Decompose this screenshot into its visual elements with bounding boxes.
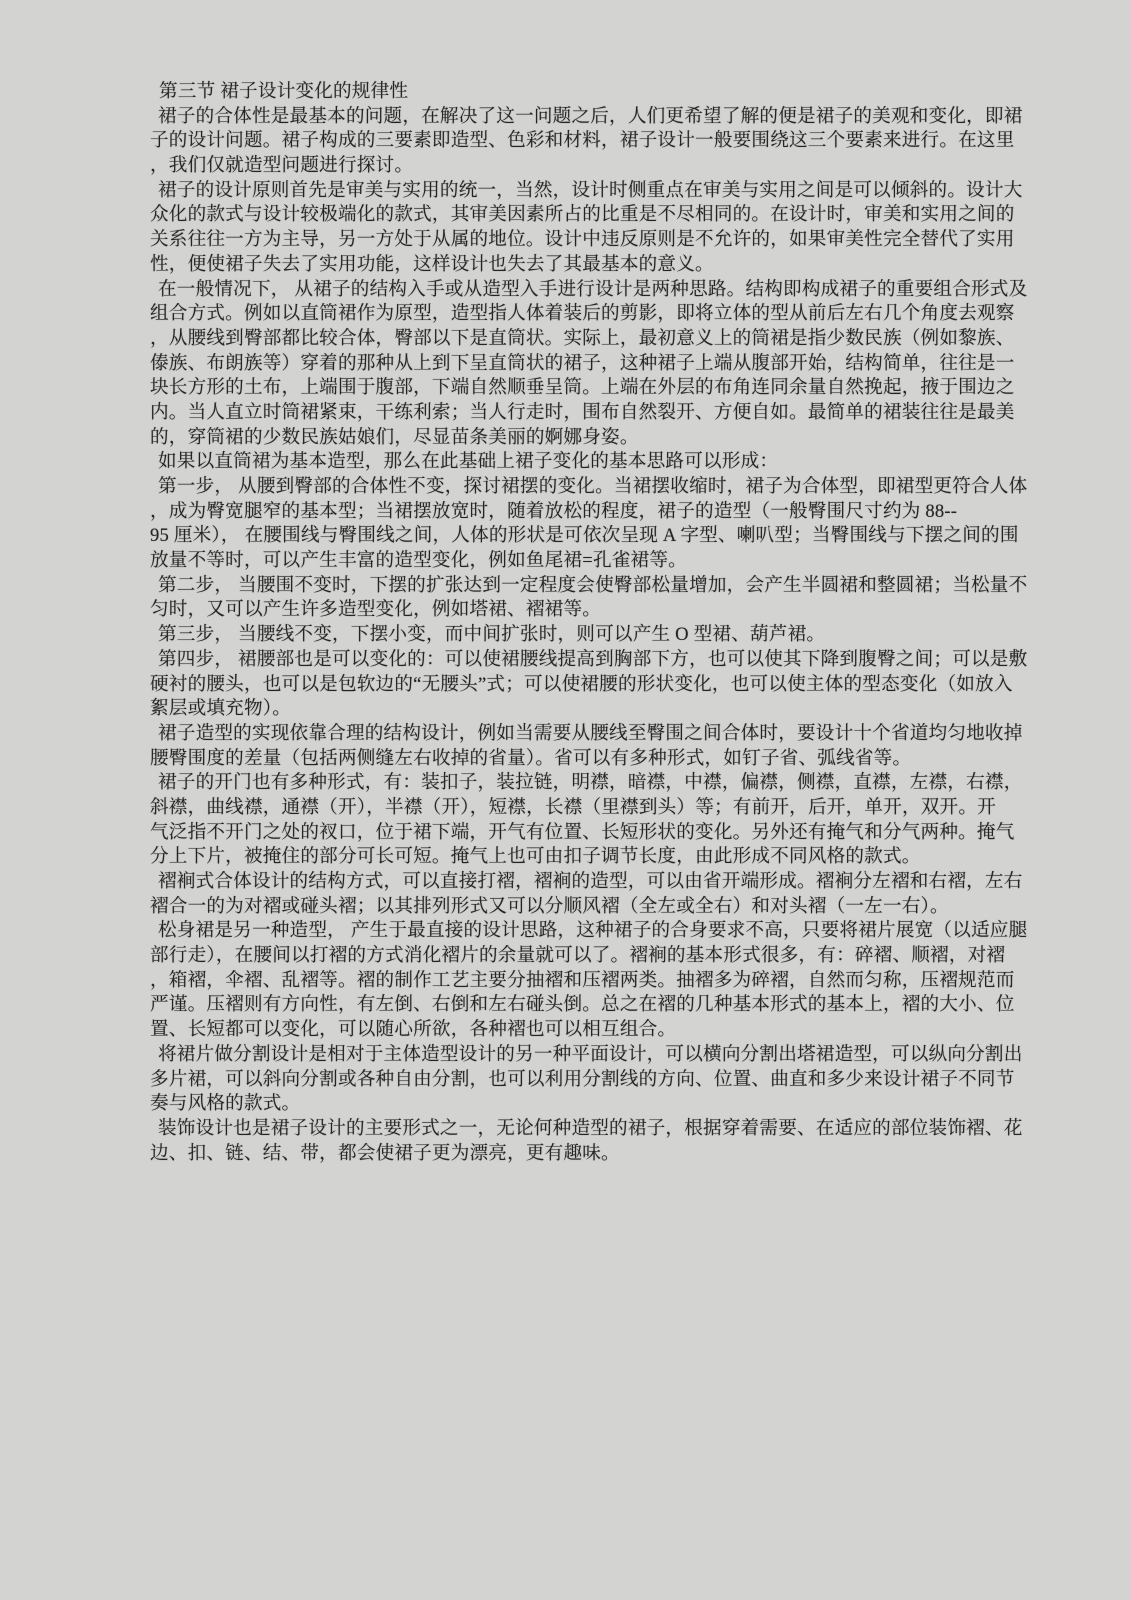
text-line: 装饰设计也是裙子设计的主要形式之一，无论何种造型的裙子，根据穿着需要、在适应的部… [150,1117,1030,1142]
paragraph: 第四步， 裙腰部也是可以变化的：可以使裙腰线提高到胸部下方，也可以使其下降到腹臀… [150,648,1030,722]
text-line: 气泛指不开门之处的衩口，位于裙下端，开气有位置、长短形状的变化。另外还有掩气和分… [150,821,1030,846]
text-line: 裙子的合体性是最基本的问题，在解决了这一问题之后，人们更希望了解的便是裙子的美观… [150,105,1030,130]
text-line: 多片裙，可以斜向分割或各种自由分割，也可以利用分割线的方向、位置、曲直和多少来设… [150,1068,1030,1093]
text-line: 傣族、布朗族等）穿着的那种从上到下呈直筒状的裙子，这种裙子上端从腹部开始，结构简… [150,352,1030,377]
text-line: 第一步， 从腰到臀部的合体性不变，探讨裙摆的变化。当裙摆收缩时，裙子为合体型，即… [150,475,1030,500]
text-line: 置、长短都可以变化，可以随心所欲，各种褶也可以相互组合。 [150,1018,1030,1043]
text-line: 褶合一的为对褶或碰头褶；以其排列形式又可以分顺风褶（全左或全右）和对头褶（一左一… [150,895,1030,920]
paragraph: 第三步， 当腰线不变，下摆小变，而中间扩张时，则可以产生 O 型裙、葫芦裙。 [150,623,1030,648]
text-line: 第三步， 当腰线不变，下摆小变，而中间扩张时，则可以产生 O 型裙、葫芦裙。 [150,623,1030,648]
paragraph: 褶裥式合体设计的结构方式，可以直接打褶，褶裥的造型，可以由省开端形成。褶裥分左褶… [150,870,1030,919]
text-line: 匀时，又可以产生许多造型变化，例如塔裙、褶裙等。 [150,598,1030,623]
text-line: 组合方式。例如以直筒裙作为原型，造型指人体着装后的剪影，即将立体的型从前后左右几… [150,302,1030,327]
text-line: 腰臀围度的差量（包括两侧缝左右收掉的省量）。省可以有多种形式，如钉子省、弧线省等… [150,747,1030,772]
text-line: ，成为臀宽腿窄的基本型；当裙摆放宽时，随着放松的程度，裙子的造型（一般臀围尺寸约… [150,500,1030,525]
paragraph: 裙子的合体性是最基本的问题，在解决了这一问题之后，人们更希望了解的便是裙子的美观… [150,105,1030,179]
text-line: 如果以直筒裙为基本造型，那么在此基础上裙子变化的基本思路可以形成： [150,450,1030,475]
text-line: 部行走），在腰间以打褶的方式消化褶片的余量就可以了。褶裥的基本形式很多，有：碎褶… [150,944,1030,969]
paragraph: 装饰设计也是裙子设计的主要形式之一，无论何种造型的裙子，根据穿着需要、在适应的部… [150,1117,1030,1166]
text-line: 第四步， 裙腰部也是可以变化的：可以使裙腰线提高到胸部下方，也可以使其下降到腹臀… [150,648,1030,673]
text-line: 95 厘米）， 在腰围线与臀围线之间，人体的形状是可依次呈现 A 字型、喇叭型；… [150,524,1030,549]
paragraph: 第二步， 当腰围不变时，下摆的扩张达到一定程度会使臀部松量增加，会产生半圆裙和整… [150,574,1030,623]
text-line: 裙子的开门也有多种形式，有：装扣子，装拉链，明襟，暗襟，中襟，偏襟，侧襟，直襟，… [150,771,1030,796]
text-line: 斜襟，曲线襟，通襟（开），半襟（开），短襟，长襟（里襟到头）等；有前开，后开，单… [150,796,1030,821]
text-line: 第二步， 当腰围不变时，下摆的扩张达到一定程度会使臀部松量增加，会产生半圆裙和整… [150,574,1030,599]
paragraph: 裙子造型的实现依靠合理的结构设计，例如当需要从腰线至臀围之间合体时，要设计十个省… [150,722,1030,771]
text-line: 在一般情况下， 从裙子的结构入手或从造型入手进行设计是两种思路。结构即构成裙子的… [150,278,1030,303]
text-line: 褶裥式合体设计的结构方式，可以直接打褶，褶裥的造型，可以由省开端形成。褶裥分左褶… [150,870,1030,895]
text-line: 众化的款式与设计较极端化的款式，其审美因素所占的比重是不尽相同的。在设计时，审美… [150,203,1030,228]
text-line: ，从腰线到臀部都比较合体，臀部以下是直筒状。实际上，最初意义上的筒裙是指少数民族… [150,327,1030,352]
paragraph: 在一般情况下， 从裙子的结构入手或从造型入手进行设计是两种思路。结构即构成裙子的… [150,278,1030,451]
text-line: 性，便使裙子失去了实用功能，这样设计也失去了其最基本的意义。 [150,253,1030,278]
text-line: 边、扣、链、结、带，都会使裙子更为漂亮，更有趣味。 [150,1142,1030,1167]
paragraph: 如果以直筒裙为基本造型，那么在此基础上裙子变化的基本思路可以形成： [150,450,1030,475]
document-text-block: 第三节 裙子设计变化的规律性 裙子的合体性是最基本的问题，在解决了这一问题之后，… [150,80,1030,1166]
text-line: 将裙片做分割设计是相对于主体造型设计的另一种平面设计，可以横向分割出塔裙造型，可… [150,1043,1030,1068]
paragraph: 裙子的开门也有多种形式，有：装扣子，装拉链，明襟，暗襟，中襟，偏襟，侧襟，直襟，… [150,771,1030,870]
text-line: 的，穿筒裙的少数民族姑娘们，尽显苗条美丽的婀娜身姿。 [150,426,1030,451]
text-line: 裙子的设计原则首先是审美与实用的统一，当然，设计时侧重点在审美与实用之间是可以倾… [150,179,1030,204]
text-line: 放量不等时，可以产生丰富的造型变化，例如鱼尾裙=孔雀裙等。 [150,549,1030,574]
paragraph: 第一步， 从腰到臀部的合体性不变，探讨裙摆的变化。当裙摆收缩时，裙子为合体型，即… [150,475,1030,574]
text-line: 块长方形的土布，上端围于腹部，下端自然顺垂呈筒。上端在外层的布角连同余量自然挽起… [150,376,1030,401]
text-line: ，我们仅就造型问题进行探讨。 [150,154,1030,179]
paragraph: 松身裙是另一种造型， 产生于最直接的设计思路，这种裙子的合身要求不高，只要将裙片… [150,919,1030,1042]
text-line: 分上下片，被掩住的部分可长可短。掩气上也可由扣子调节长度，由此形成不同风格的款式… [150,845,1030,870]
document-page: 第三节 裙子设计变化的规律性 裙子的合体性是最基本的问题，在解决了这一问题之后，… [0,0,1131,1600]
text-line: 内。当人直立时筒裙紧束，干练利索；当人行走时，围布自然裂开、方便自如。最简单的裙… [150,401,1030,426]
text-line: 硬衬的腰头，也可以是包软边的“无腰头”式；可以使裙腰的形状变化，也可以使主体的型… [150,673,1030,698]
section-title: 第三节 裙子设计变化的规律性 [150,80,1030,105]
text-line: 严谨。压褶则有方向性，有左倒、右倒和左右碰头倒。总之在褶的几种基本形式的基本上，… [150,993,1030,1018]
text-line: 关系往往一方为主导，另一方处于从属的地位。设计中违反原则是不允许的，如果审美性完… [150,228,1030,253]
text-line: 松身裙是另一种造型， 产生于最直接的设计思路，这种裙子的合身要求不高，只要将裙片… [150,919,1030,944]
document-body: 裙子的合体性是最基本的问题，在解决了这一问题之后，人们更希望了解的便是裙子的美观… [150,105,1030,1167]
paragraph: 裙子的设计原则首先是审美与实用的统一，当然，设计时侧重点在审美与实用之间是可以倾… [150,179,1030,278]
text-line: ，箱褶，伞褶、乱褶等。褶的制作工艺主要分抽褶和压褶两类。抽褶多为碎褶，自然而匀称… [150,969,1030,994]
text-line: 絮层或填充物）。 [150,697,1030,722]
paragraph: 将裙片做分割设计是相对于主体造型设计的另一种平面设计，可以横向分割出塔裙造型，可… [150,1043,1030,1117]
text-line: 裙子造型的实现依靠合理的结构设计，例如当需要从腰线至臀围之间合体时，要设计十个省… [150,722,1030,747]
text-line: 奏与风格的款式。 [150,1092,1030,1117]
text-line: 子的设计问题。裙子构成的三要素即造型、色彩和材料，裙子设计一般要围绕这三个要素来… [150,129,1030,154]
